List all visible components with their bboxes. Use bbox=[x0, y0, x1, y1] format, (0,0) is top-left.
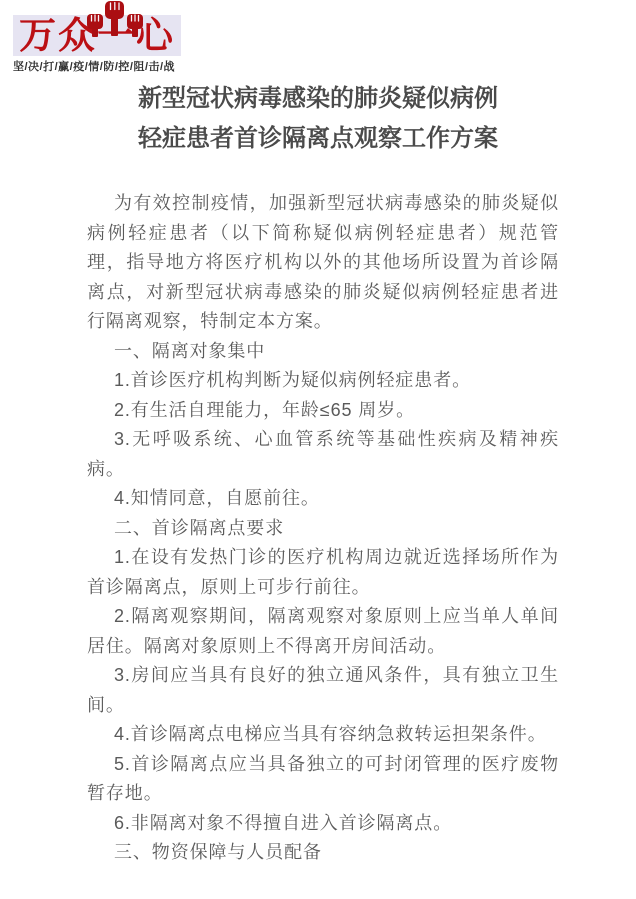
list-item: 2.隔离观察期间，隔离观察对象原则上应当单人单间居住。隔离对象原则上不得离开房间… bbox=[87, 602, 559, 661]
intro-paragraph: 为有效控制疫情，加强新型冠状病毒感染的肺炎疑似病例轻症患者（以下简称疑似病例轻症… bbox=[87, 189, 559, 337]
list-item: 2.有生活自理能力，年龄≤65 周岁。 bbox=[87, 396, 559, 426]
list-item: 4.首诊隔离点电梯应当具有容纳急救转运担架条件。 bbox=[87, 720, 559, 750]
list-item: 6.非隔离对象不得擅自进入首诊隔离点。 bbox=[87, 809, 559, 839]
list-item: 1.首诊医疗机构判断为疑似病例轻症患者。 bbox=[87, 366, 559, 396]
document-title: 新型冠状病毒感染的肺炎疑似病例 轻症患者首诊隔离点观察工作方案 bbox=[0, 79, 636, 159]
section-heading: 三、物资保障与人员配备 bbox=[87, 838, 559, 868]
list-item: 1.在设有发热门诊的医疗机构周边就近选择场所作为首诊隔离点，原则上可步行前往。 bbox=[87, 543, 559, 602]
banner-slogan: 坚/决/打/赢/疫/情/防/控/阻/击/战 bbox=[13, 58, 181, 74]
list-item: 3.房间应当具有良好的独立通风条件，具有独立卫生间。 bbox=[87, 661, 559, 720]
raised-fists-icon bbox=[83, 0, 147, 40]
list-item: 5.首诊隔离点应当具备独立的可封闭管理的医疗废物暂存地。 bbox=[87, 750, 559, 809]
document-title-line1: 新型冠状病毒感染的肺炎疑似病例 bbox=[0, 79, 636, 119]
section-heading: 一、隔离对象集中 bbox=[87, 337, 559, 367]
list-item: 4.知情同意，自愿前往。 bbox=[87, 484, 559, 514]
campaign-banner: 万众一心 坚/决/打/赢/疫/ bbox=[13, 15, 181, 74]
logo: 万众一心 bbox=[13, 15, 181, 56]
document-body: 为有效控制疫情，加强新型冠状病毒感染的肺炎疑似病例轻症患者（以下简称疑似病例轻症… bbox=[87, 189, 559, 868]
document-page: 万众一心 坚/决/打/赢/疫/ bbox=[0, 0, 636, 899]
list-item: 3.无呼吸系统、心血管系统等基础性疾病及精神疾病。 bbox=[87, 425, 559, 484]
document-title-line2: 轻症患者首诊隔离点观察工作方案 bbox=[0, 119, 636, 159]
section-heading: 二、首诊隔离点要求 bbox=[87, 514, 559, 544]
